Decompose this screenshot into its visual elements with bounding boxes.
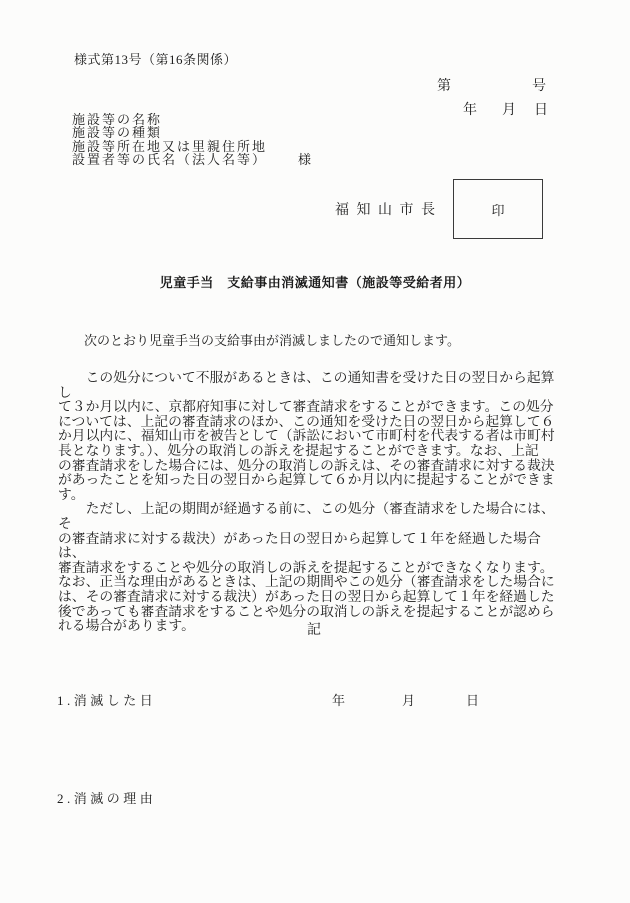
recipient-block: 施設等の名称 施設等の種類 施設等所在地又は里親住所地 設置者等の氏名（法人名等… <box>72 113 313 167</box>
date-month-label: 月 <box>502 99 516 119</box>
ki-marker: 記 <box>0 619 630 639</box>
facility-name-label: 施設等の名称 <box>72 113 313 126</box>
honorific-sama: 様 <box>298 152 313 167</box>
date-day-label: 日 <box>534 99 548 119</box>
document-title: 児童手当 支給事由消滅通知書（施設等受給者用） <box>0 272 630 291</box>
item1-month-label: 月 <box>402 690 415 709</box>
facility-type-label: 施設等の種類 <box>72 126 313 139</box>
item-extinction-date-row: 1.消滅した日 年 月 日 <box>0 690 630 708</box>
item1-year-label: 年 <box>332 690 345 709</box>
document-number-row: 第 号 <box>0 75 630 91</box>
item2-label: 2.消滅の理由 <box>57 788 156 807</box>
issuer-mayor-name: 福知山市長 <box>335 199 443 219</box>
date-year-label: 年 <box>463 99 477 119</box>
appeal-notice-paragraph: この処分について不服があるときは、この通知書を受けた日の翌日から起算し て３か月… <box>58 371 568 634</box>
doc-number-prefix: 第 <box>437 75 451 95</box>
seal-placeholder: 印 <box>491 200 504 219</box>
document-page: 様式第13号（第16条関係） 第 号 年 月 日 施設等の名称 施設等の種類 施… <box>0 0 630 903</box>
facility-address-label: 施設等所在地又は里親住所地 <box>72 140 313 153</box>
doc-number-suffix: 号 <box>532 75 546 95</box>
founder-name-line: 設置者等の氏名（法人名等）様 <box>72 153 313 166</box>
item1-label: 1.消滅した日 <box>57 690 156 709</box>
founder-name-label: 設置者等の氏名（法人名等） <box>72 152 267 167</box>
intro-sentence: 次のとおり児童手当の支給事由が消滅しましたので通知します。 <box>58 330 460 349</box>
seal-box: 印 <box>453 179 543 239</box>
form-number: 様式第13号（第16条関係） <box>74 49 237 68</box>
item1-day-label: 日 <box>466 690 479 709</box>
